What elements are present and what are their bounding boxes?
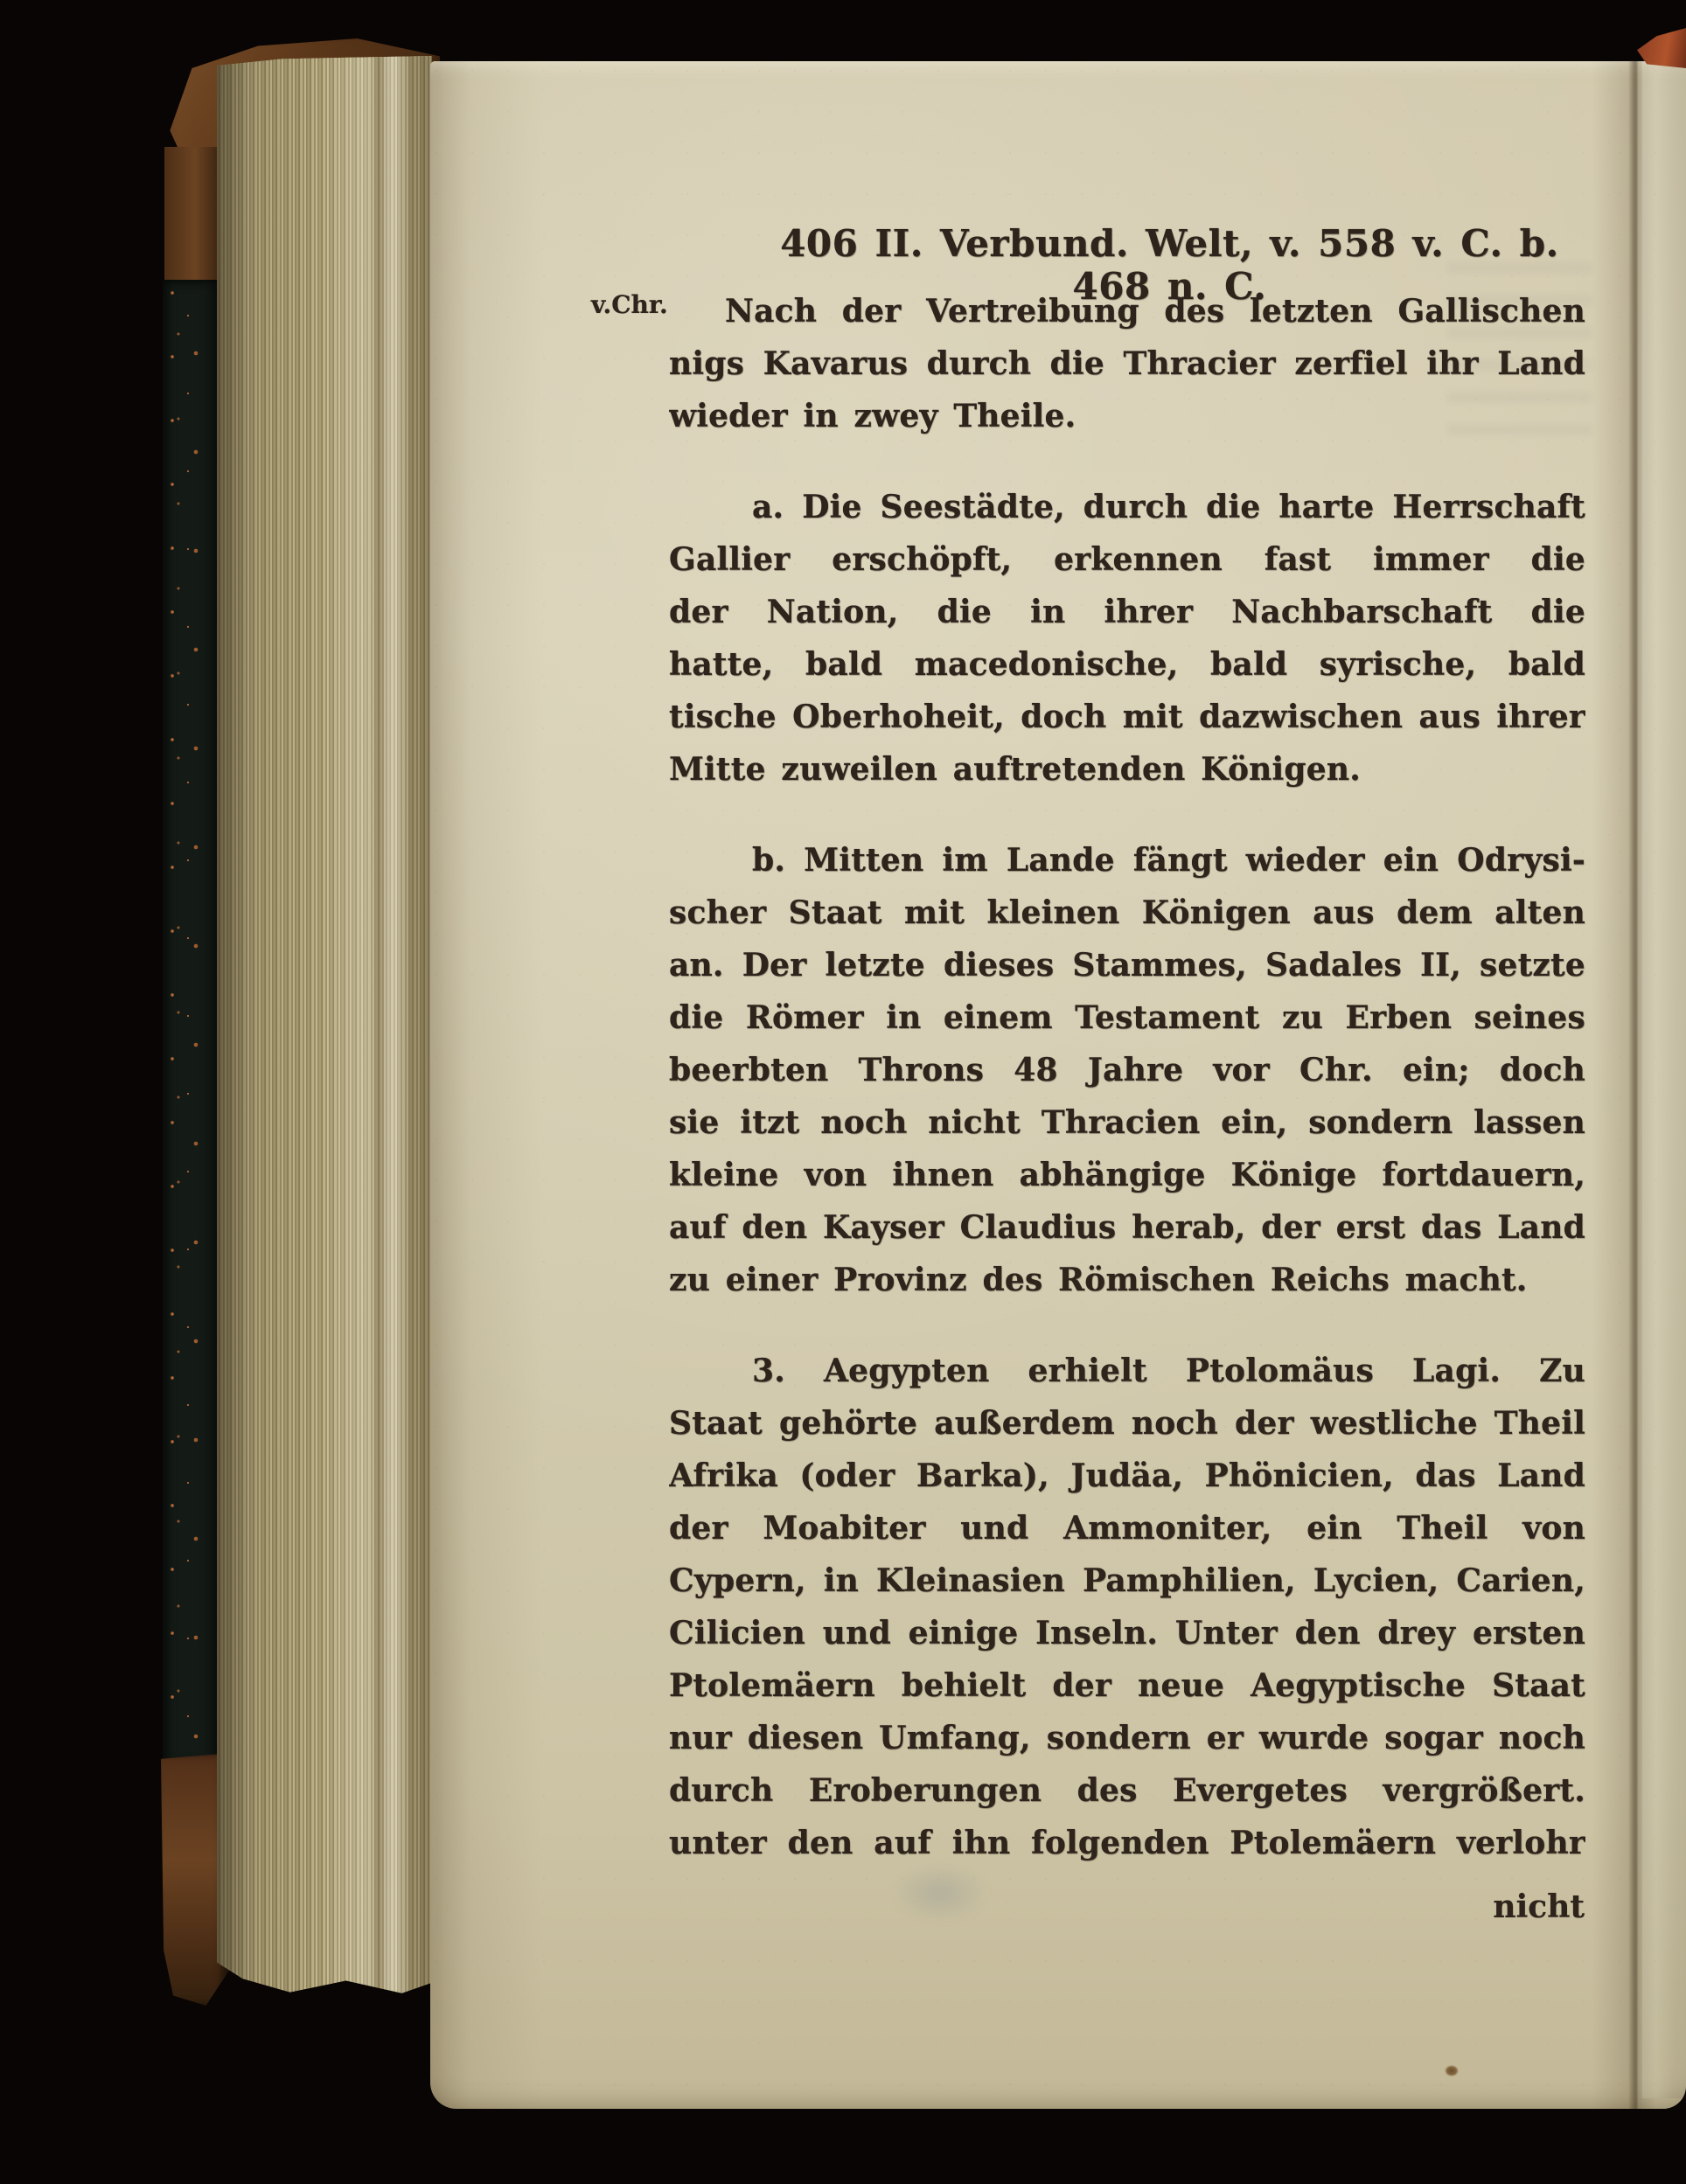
text-line: Nach der Vertreibung des letzten Gallisc… (669, 285, 1585, 337)
paragraph: a. Die Seestädte, durch die harte Herrsc… (669, 481, 1585, 796)
text-block: Nach der Vertreibung des letzten Gallisc… (669, 285, 1585, 1869)
text-line: Mitte zuweilen auftretenden Königen. (669, 743, 1585, 796)
text-line: a. Die Seestädte, durch die harte Herrsc… (669, 481, 1585, 533)
text-line: wieder in zwey Theile. (669, 390, 1585, 442)
page-edge-stack (217, 56, 432, 1995)
text-line: Ptolemäern behielt der neue Aegyptische … (669, 1659, 1585, 1712)
text-line: unter den auf ihn folgenden Ptolemäern v… (669, 1817, 1585, 1869)
book-cover-marbled (163, 280, 222, 1766)
text-line: durch Eroberungen des Evergetes vergröße… (669, 1764, 1585, 1817)
text-line: kleine von ihnen abhängige Könige fortda… (669, 1149, 1585, 1201)
text-line: nur diesen Umfang, sondern er wurde soga… (669, 1712, 1585, 1764)
text-line: hatte, bald macedonische, bald syrische,… (669, 638, 1585, 691)
text-line: sie itzt noch nicht Thracien ein, sonder… (669, 1096, 1585, 1149)
text-line: zu einer Provinz des Römischen Reichs ma… (669, 1254, 1585, 1306)
text-line: der Moabiter und Ammoniter, ein Theil vo… (669, 1502, 1585, 1555)
text-line: die Römer in einem Testament zu Erben se… (669, 991, 1585, 1044)
text-line: nigs Kavarus durch die Thracier zerfiel … (669, 337, 1585, 390)
text-line: Cypern, in Kleinasien Pamphilien, Lycien… (669, 1555, 1585, 1607)
paragraph: Nach der Vertreibung des letzten Gallisc… (669, 285, 1585, 442)
text-line: an. Der letzte dieses Stammes, Sadales I… (669, 939, 1585, 991)
text-line: scher Staat mit kleinen Königen aus dem … (669, 887, 1585, 939)
book-page-scan: 406 II. Verbund. Welt, v. 558 v. C. b. 4… (0, 0, 1686, 2184)
margin-note: v.Chr. (591, 290, 668, 319)
paragraph: 3. Aegypten erhielt Ptolomäus Lagi. Zu s… (669, 1345, 1585, 1869)
catchword: nicht (1399, 1888, 1585, 1925)
page-gutter-fold (1642, 61, 1686, 2098)
text-line: der Nation, die in ihrer Nachbarschaft d… (669, 586, 1585, 638)
text-line: 3. Aegypten erhielt Ptolomäus Lagi. Zu s… (669, 1345, 1585, 1397)
text-line: Cilicien und einige Inseln. Unter den dr… (669, 1607, 1585, 1659)
text-line: b. Mitten im Lande fängt wieder ein Odry… (669, 834, 1585, 887)
text-line: Gallier erschöpft, erkennen fast immer d… (669, 533, 1585, 586)
book-spine-leather-strip (164, 147, 220, 291)
paragraph: b. Mitten im Lande fängt wieder ein Odry… (669, 834, 1585, 1306)
text-line: Staat gehörte außerdem noch der westlich… (669, 1397, 1585, 1450)
text-line: Afrika (oder Barka), Judäa, Phönicien, d… (669, 1450, 1585, 1502)
text-line: tische Oberhoheit, doch mit dazwischen a… (669, 691, 1585, 743)
paper-fleck (1445, 2065, 1459, 2076)
text-line: beerbten Throns 48 Jahre vor Chr. ein; d… (669, 1044, 1585, 1096)
page-gutter-crease (1628, 61, 1642, 2109)
text-line: auf den Kayser Claudius herab, der erst … (669, 1201, 1585, 1254)
